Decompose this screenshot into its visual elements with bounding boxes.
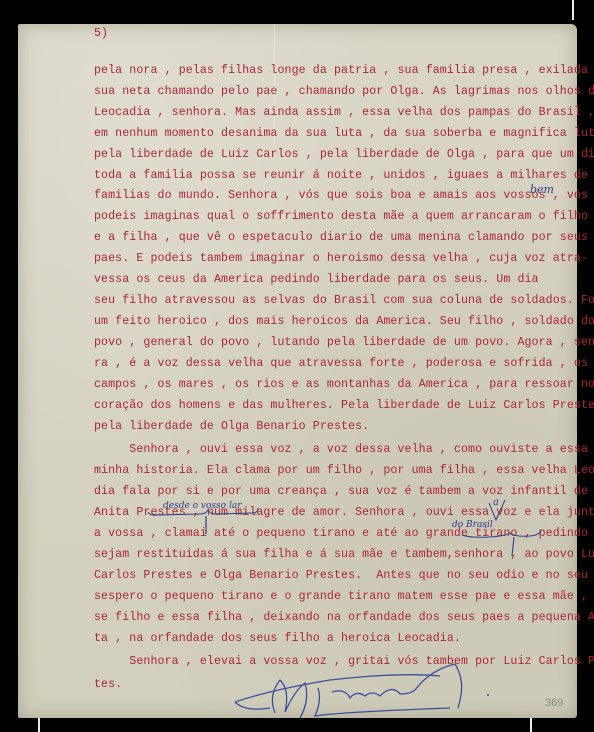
archive-page-number: 369 bbox=[545, 697, 563, 709]
scan-stage: 5) pela nora , pelas filhas longe da pat… bbox=[0, 0, 594, 732]
handwritten-marks bbox=[0, 0, 594, 732]
